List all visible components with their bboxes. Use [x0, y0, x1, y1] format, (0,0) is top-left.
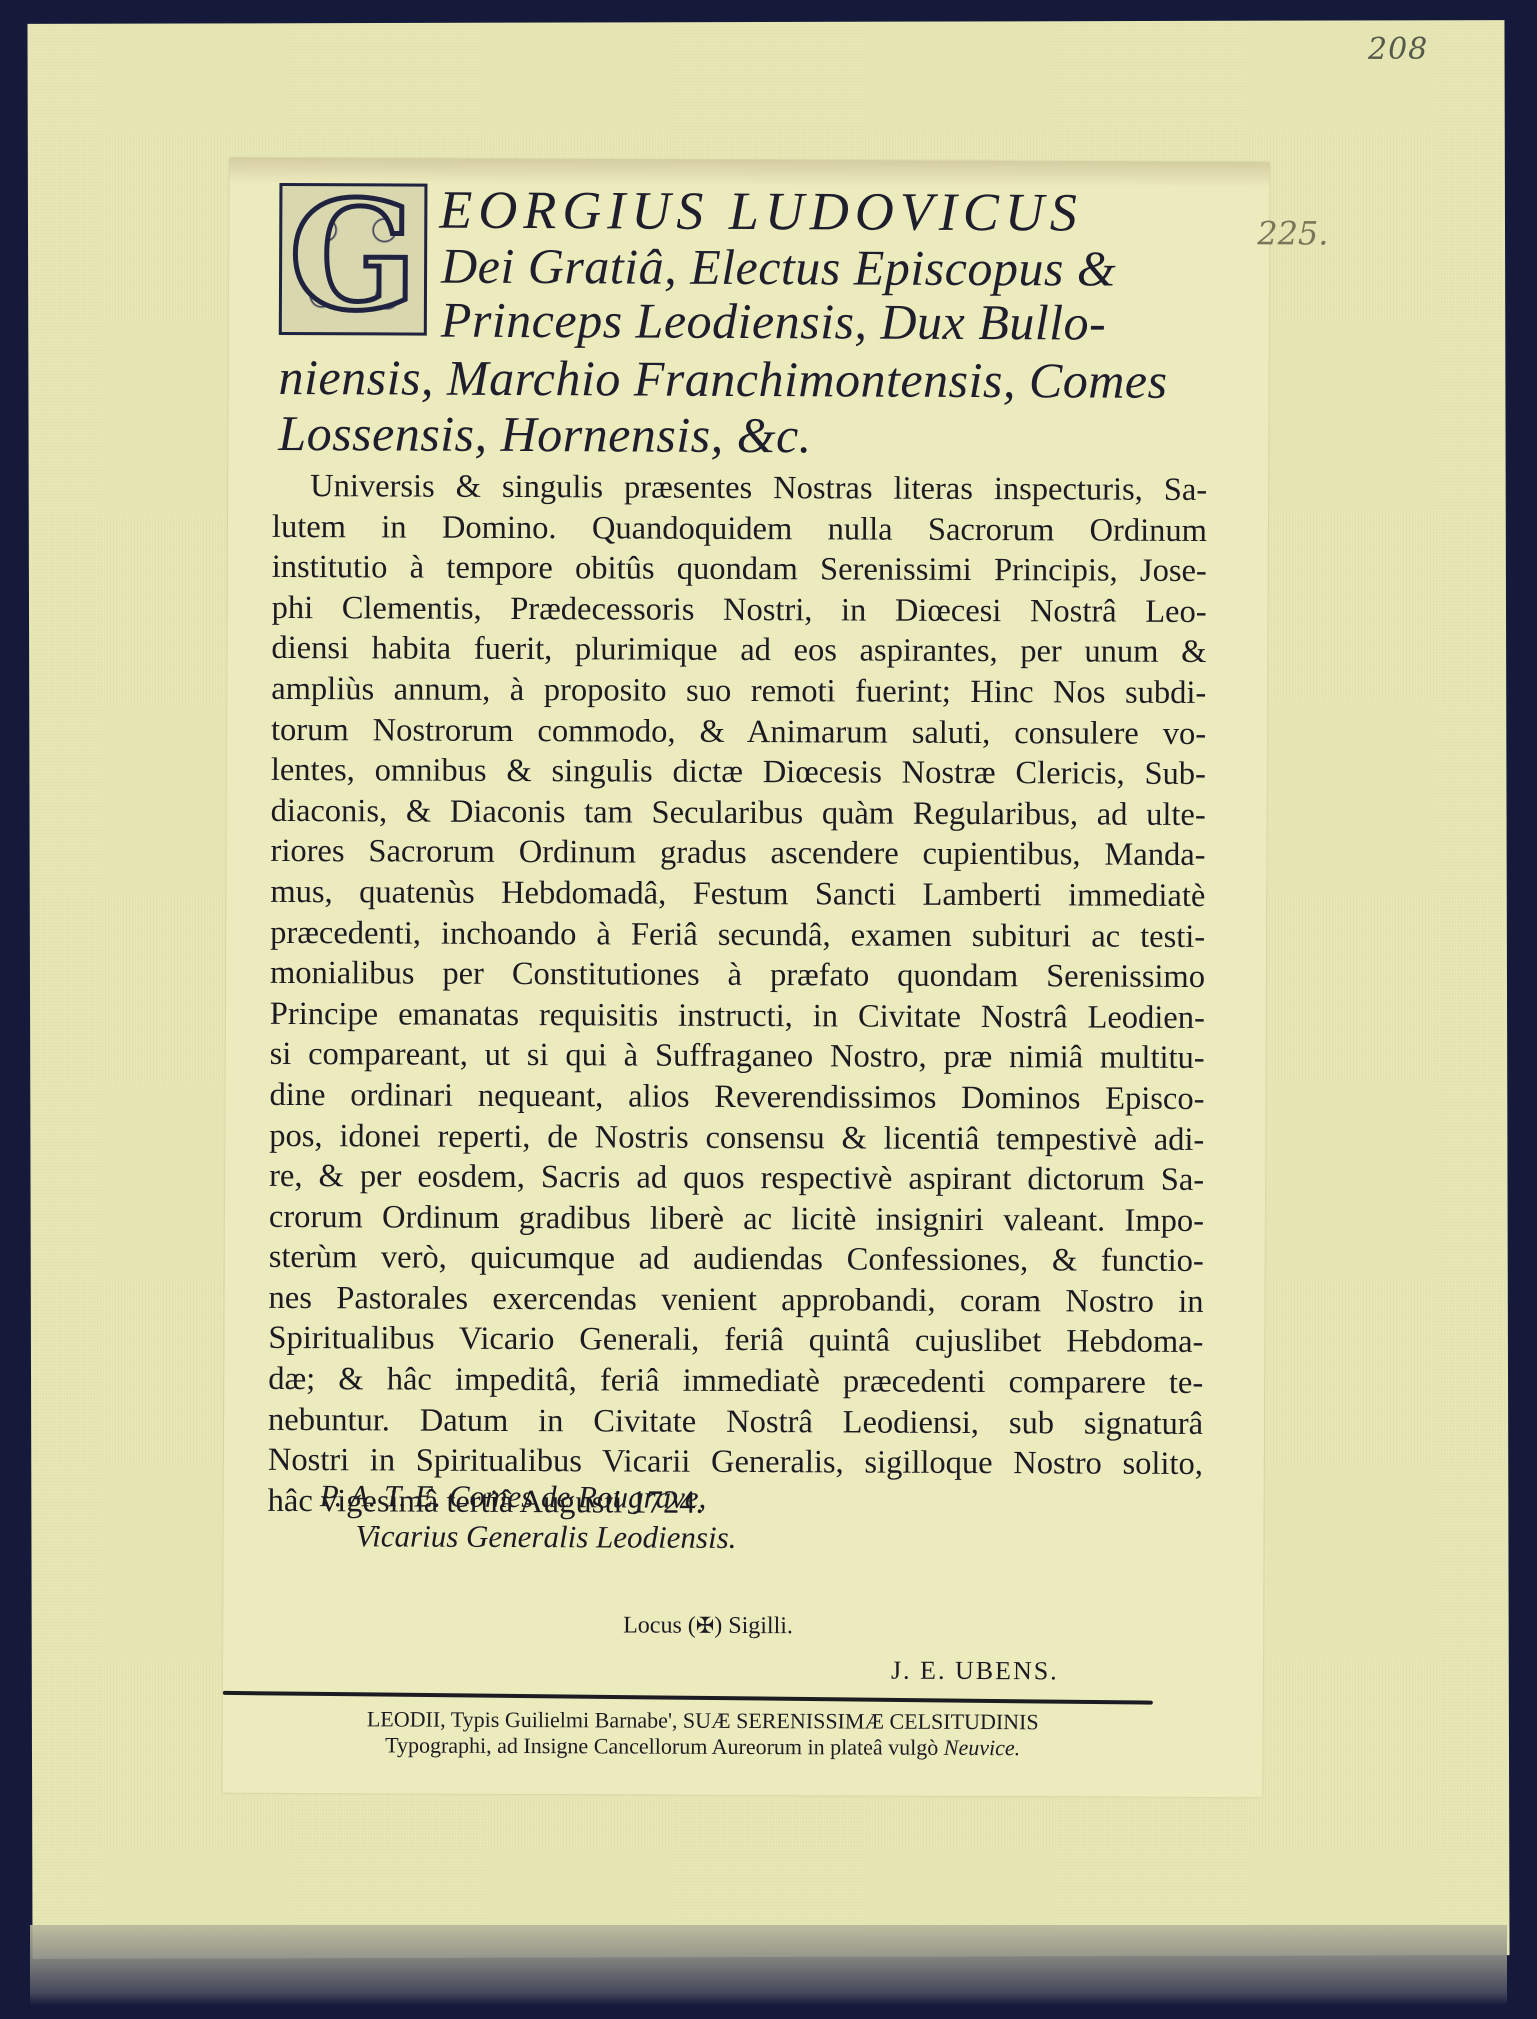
signature-title: Vicarius Generalis Leodiensis.	[319, 1516, 736, 1558]
handwritten-marginal-number: 225.	[1257, 214, 1328, 252]
body-line: nes Pastorales exercendas venient approb…	[269, 1278, 1204, 1323]
folio-number: 208	[1368, 32, 1428, 67]
heading-line: Lossensis, Hornensis, &c.	[278, 406, 812, 462]
printer-imprint: LEODII, Typis Guilielmi Barnabe', SUÆ SE…	[243, 1706, 1163, 1762]
body-line: Spiritualibus Vicario Generali, feriâ qu…	[268, 1318, 1203, 1363]
body-line: pos, idonei reperti, de Nostris consensu…	[269, 1115, 1204, 1160]
body-line: re, & per eosdem, Sacris ad quos respect…	[269, 1156, 1204, 1201]
maltese-cross-icon: ✠	[696, 1613, 715, 1638]
body-line: dine ordinari nequeant, alios Reverendis…	[269, 1075, 1204, 1120]
seal-location: Locus (✠) Sigilli.	[623, 1612, 793, 1640]
body-line: dæ; & hâc impeditâ, feriâ immediatè præc…	[268, 1359, 1203, 1404]
ordinance-body: Universis & singulis præsentes Nostras l…	[268, 466, 1208, 1526]
heading-line: EORGIUS LUDOVICUS	[439, 183, 1083, 240]
body-line: diaconis, & Diaconis tam Secularibus quà…	[271, 791, 1206, 836]
body-line: lentes, omnibus & singulis dictæ Diœcesi…	[271, 750, 1206, 795]
heading-line: Dei Gratiâ, Electus Episcopus &	[441, 239, 1116, 296]
imprint-line-2-main: Typographi, ad Insigne Cancellorum Aureo…	[385, 1732, 944, 1759]
vicar-general-signature: P. A. T. E. Comes de Rougrave, Vicarius …	[319, 1476, 736, 1558]
horizontal-rule	[223, 1691, 1153, 1705]
body-line: Universis & singulis præsentes Nostras l…	[272, 466, 1207, 511]
body-line: mus, quatenùs Hebdomadâ, Festum Sancti L…	[270, 872, 1205, 917]
seal-label-before: Locus (	[623, 1612, 696, 1638]
body-line: nebuntur. Datum in Civitate Nostrâ Leodi…	[268, 1400, 1203, 1445]
printed-sheet: G EORGIUS LUDOVICUS Dei Gratiâ, Electus …	[222, 158, 1269, 1798]
body-line: monialibus per Constitutiones à præfato …	[270, 953, 1205, 998]
body-line: riores Sacrorum Ordinum gradus ascendere…	[270, 831, 1205, 876]
frayed-mount-edge	[30, 1925, 1507, 2005]
heading-line: niensis, Marchio Franchimontensis, Comes	[278, 350, 1167, 408]
imprint-line-1: LEODII, Typis Guilielmi Barnabe', SUÆ SE…	[243, 1706, 1163, 1736]
body-line: torum Nostrorum commodo, & Animarum salu…	[271, 709, 1206, 754]
body-line: præcedenti, inchoando à Feriâ secundâ, e…	[270, 912, 1205, 957]
body-line: sterùm verò, quicumque ad audiendas Conf…	[269, 1237, 1204, 1282]
signature-name: P. A. T. E. Comes de Rougrave,	[320, 1476, 737, 1518]
body-line: Principe emanatas requisitis instructi, …	[270, 994, 1205, 1039]
body-line: crorum Ordinum gradibus liberè ac licitè…	[269, 1197, 1204, 1242]
body-line: phi Clementis, Prædecessoris Nostri, in …	[272, 588, 1207, 633]
secretary-signature: J. E. UBENS.	[891, 1656, 1059, 1687]
seal-label-after: ) Sigilli.	[714, 1613, 793, 1639]
body-line: diensi habita fuerit, plurimique ad eos …	[271, 628, 1206, 673]
body-line: si compareant, ut si qui à Suffraganeo N…	[270, 1034, 1205, 1079]
body-line: lutem in Domino. Quandoquidem nulla Sacr…	[272, 507, 1207, 552]
heading-line: Princeps Leodiensis, Dux Bullo-	[441, 293, 1107, 350]
imprint-line-2: Typographi, ad Insigne Cancellorum Aureo…	[243, 1732, 1163, 1762]
body-line: ampliùs annum, à proposito suo remoti fu…	[271, 669, 1206, 714]
imprint-street-name: Neuvice.	[944, 1735, 1020, 1760]
body-line: institutio à tempore obitûs quondam Sere…	[272, 547, 1207, 592]
decorated-initial-icon: G	[279, 183, 428, 336]
initial-letter: G	[289, 181, 418, 332]
